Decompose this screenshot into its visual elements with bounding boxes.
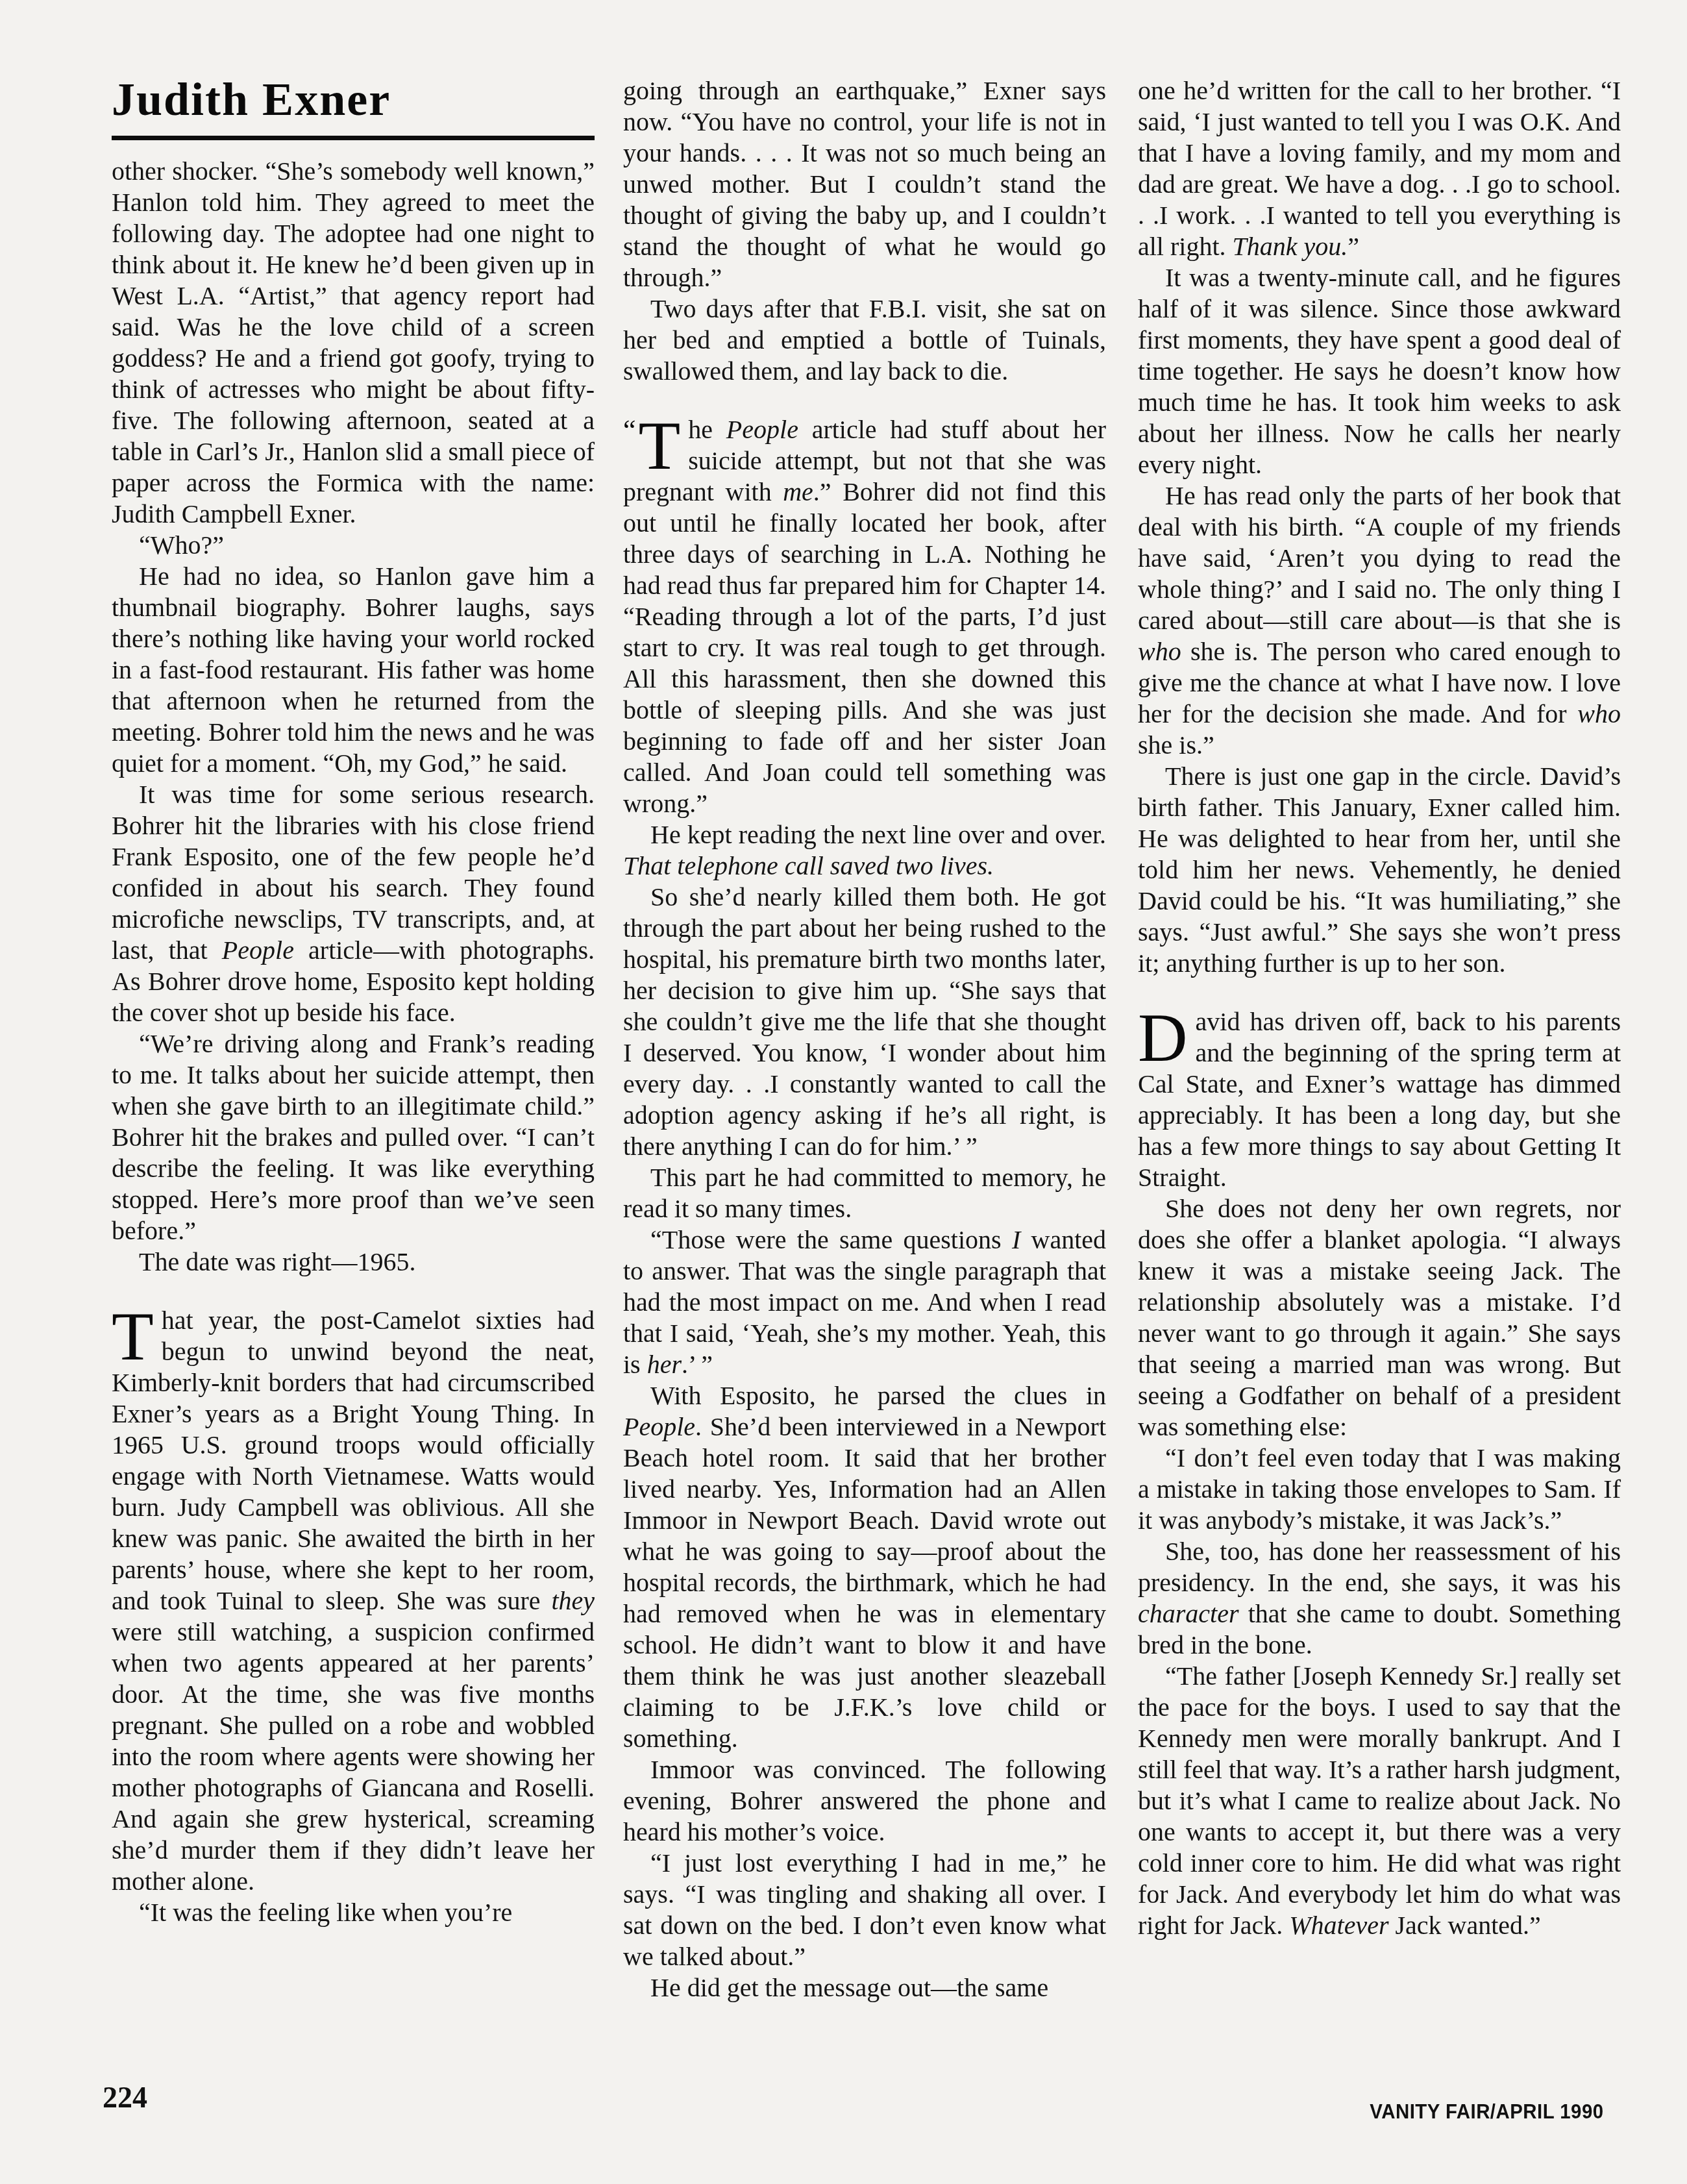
paragraph: “I don’t feel even today that I was maki…	[1138, 1443, 1621, 1536]
italic-text-run: I	[1012, 1225, 1020, 1254]
italic-text-run: Thank you.	[1233, 232, 1348, 261]
text-run: “I just lost everything I had in me,” he…	[623, 1848, 1106, 1971]
italic-text-run: me	[783, 477, 813, 506]
text-run: one he’d written for the call to her bro…	[1138, 76, 1621, 261]
text-run: “I don’t feel even today that I was maki…	[1138, 1443, 1621, 1535]
paragraph: “It was the feeling like when you’re	[112, 1897, 595, 1928]
drop-cap: T	[639, 414, 689, 475]
italic-text-run: her	[647, 1350, 682, 1379]
text-run: “Who?”	[139, 530, 224, 560]
text-run: Jack wanted.”	[1389, 1911, 1541, 1940]
text-run: she is.”	[1138, 730, 1214, 760]
text-run: avid has driven off, back to his parents…	[1138, 1007, 1621, 1192]
magazine-page: Judith Exner other shocker. “She’s someb…	[0, 0, 1687, 2184]
paragraph: Two days after that F.B.I. visit, she sa…	[623, 293, 1106, 387]
text-run: He did get the message out—the same	[650, 1973, 1048, 2002]
paragraph: one he’d written for the call to her bro…	[1138, 75, 1621, 262]
magazine-footer: VANITY FAIR/APRIL 1990	[1370, 2100, 1604, 2124]
text-run: .’ ”	[682, 1350, 713, 1379]
text-run: .” Bohrer did not find this out until he…	[623, 477, 1106, 818]
paragraph: She does not deny her own regrets, nor d…	[1138, 1193, 1621, 1443]
paragraph: It was time for some serious research. B…	[112, 779, 595, 1028]
paragraph: “Who?”	[112, 530, 595, 561]
italic-text-run: People	[623, 1412, 695, 1441]
text-run: “We’re driving along and Frank’s reading…	[112, 1029, 595, 1245]
text-run: going through an earthquake,” Exner says…	[623, 76, 1106, 292]
paragraph: “We’re driving along and Frank’s reading…	[112, 1028, 595, 1247]
drop-cap: D	[1138, 1006, 1196, 1067]
paragraph: He kept reading the next line over and o…	[623, 819, 1106, 882]
paragraph: “Those were the same questions I wanted …	[623, 1224, 1106, 1380]
text-run: She, too, has done her reassessment of h…	[1138, 1537, 1621, 1597]
text-run: other shocker. “She’s somebody well know…	[112, 156, 595, 528]
text-column-1: other shocker. “She’s somebody well know…	[112, 156, 595, 1928]
paragraph: He did get the message out—the same	[623, 1972, 1106, 2004]
text-column-2: going through an earthquake,” Exner says…	[623, 75, 1106, 2004]
italic-text-run: People	[222, 936, 294, 965]
text-run: He kept reading the next line over and o…	[650, 820, 1106, 849]
text-column-3: one he’d written for the call to her bro…	[1138, 75, 1621, 1941]
paragraph: So she’d nearly killed them both. He got…	[623, 882, 1106, 1162]
text-run: hat year, the post-Camelot sixties had b…	[112, 1306, 595, 1615]
paragraph: “The People article had stuff about her …	[623, 414, 1106, 819]
masthead: Judith Exner	[112, 73, 595, 140]
italic-text-run: People	[726, 415, 798, 444]
text-run: he	[688, 415, 726, 444]
paragraph: That year, the post-Camelot sixties had …	[112, 1305, 595, 1897]
text-run: . She’d been interviewed in a Newport Be…	[623, 1412, 1106, 1753]
paragraph: She, too, has done her reassessment of h…	[1138, 1536, 1621, 1661]
text-run: The date was right—1965.	[139, 1247, 416, 1276]
paragraph: other shocker. “She’s somebody well know…	[112, 156, 595, 530]
italic-text-run: who	[1138, 637, 1181, 666]
italic-text-run: character	[1138, 1599, 1239, 1628]
text-run: Immoor was convinced. The following even…	[623, 1755, 1106, 1846]
paragraph: Immoor was convinced. The following even…	[623, 1754, 1106, 1848]
title-rule	[112, 136, 595, 140]
paragraph: The date was right—1965.	[112, 1247, 595, 1278]
text-run: It was a twenty-minute call, and he figu…	[1138, 263, 1621, 479]
drop-cap-quote: “	[623, 414, 639, 447]
text-run: “It was the feeling like when you’re	[139, 1898, 512, 1927]
paragraph: There is just one gap in the circle. Dav…	[1138, 761, 1621, 979]
text-run: This part he had committed to memory, he…	[623, 1163, 1106, 1223]
drop-cap: T	[112, 1305, 162, 1365]
paragraph: “I just lost everything I had in me,” he…	[623, 1848, 1106, 1972]
paragraph: It was a twenty-minute call, and he figu…	[1138, 262, 1621, 480]
text-run: With Esposito, he parsed the clues in	[650, 1381, 1106, 1410]
text-run: Two days after that F.B.I. visit, she sa…	[623, 294, 1106, 386]
text-run: were still watching, a suspicion confirm…	[112, 1617, 595, 1896]
text-run: “Those were the same questions	[650, 1225, 1012, 1254]
text-run: ”	[1348, 232, 1359, 261]
page-number: 224	[103, 2080, 147, 2115]
page-title: Judith Exner	[112, 73, 595, 127]
text-run: So she’d nearly killed them both. He got…	[623, 882, 1106, 1161]
italic-text-run: Whatever	[1289, 1911, 1388, 1940]
paragraph: David has driven off, back to his parent…	[1138, 1006, 1621, 1193]
paragraph: This part he had committed to memory, he…	[623, 1162, 1106, 1224]
italic-text-run: That telephone call saved two lives.	[623, 851, 994, 880]
text-run: “The father [Joseph Kennedy Sr.] really …	[1138, 1661, 1621, 1940]
italic-text-run: who	[1577, 699, 1621, 728]
text-run: He has read only the parts of her book t…	[1138, 481, 1621, 635]
paragraph: “The father [Joseph Kennedy Sr.] really …	[1138, 1661, 1621, 1941]
paragraph: going through an earthquake,” Exner says…	[623, 75, 1106, 293]
text-run: There is just one gap in the circle. Dav…	[1138, 762, 1621, 978]
text-run: she is. The person who cared enough to g…	[1138, 637, 1621, 728]
paragraph: With Esposito, he parsed the clues in Pe…	[623, 1380, 1106, 1754]
paragraph: He had no idea, so Hanlon gave him a thu…	[112, 561, 595, 779]
text-run: She does not deny her own regrets, nor d…	[1138, 1194, 1621, 1441]
italic-text-run: they	[551, 1586, 595, 1615]
text-run: He had no idea, so Hanlon gave him a thu…	[112, 562, 595, 778]
paragraph: He has read only the parts of her book t…	[1138, 480, 1621, 761]
